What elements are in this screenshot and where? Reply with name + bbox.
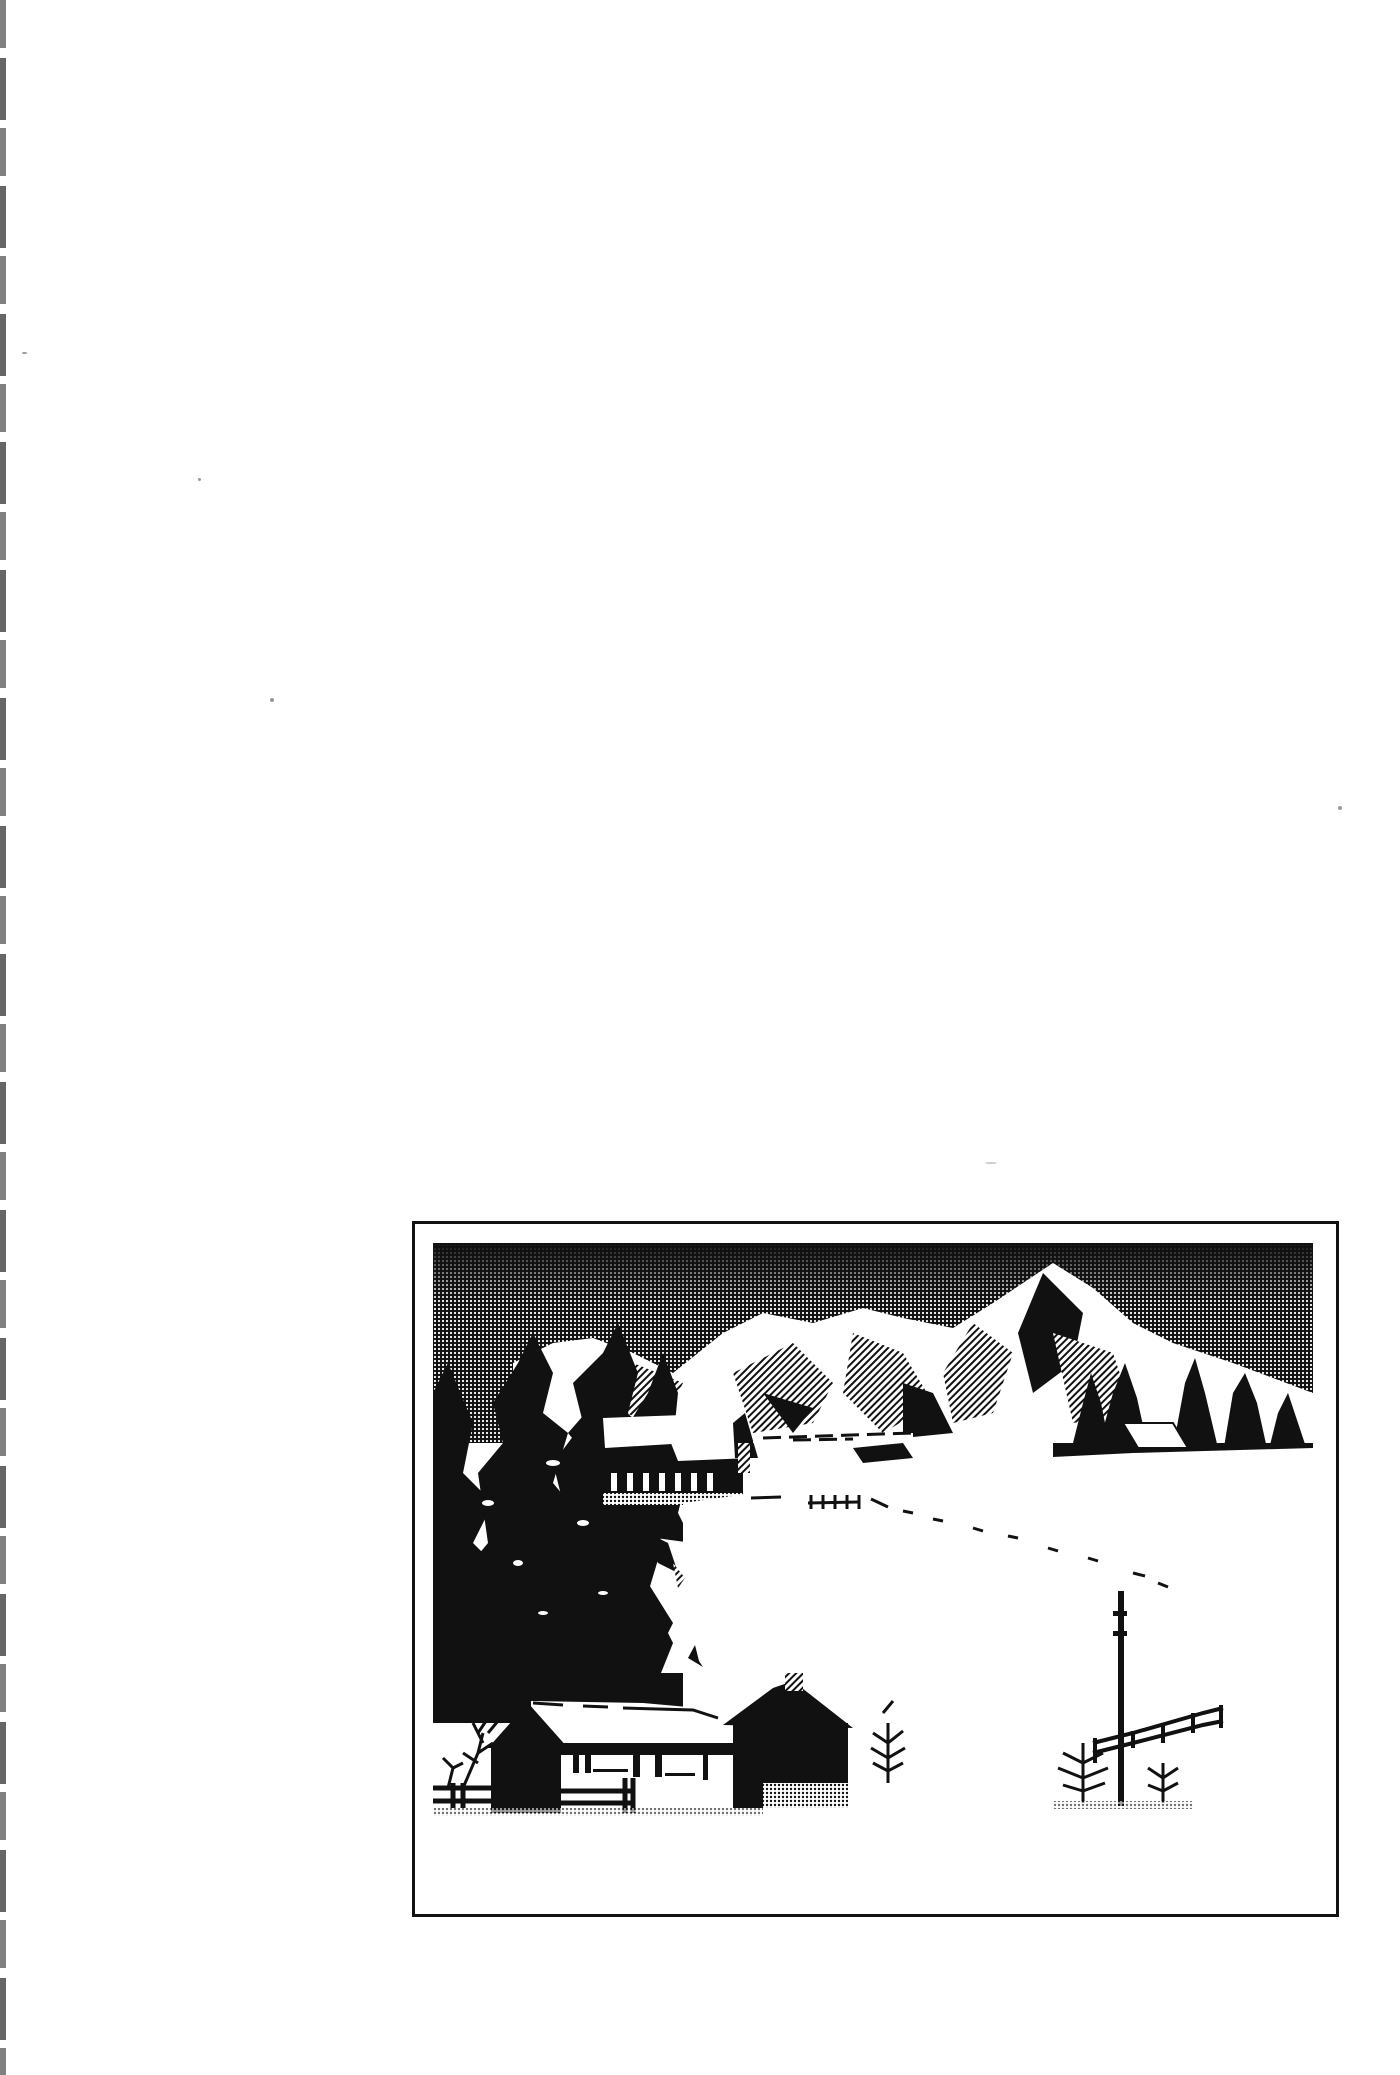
scan-speck <box>198 478 201 481</box>
illustration-caption <box>640 1880 880 1894</box>
winter-village-illustration <box>433 1243 1313 1818</box>
left-shrub <box>443 1718 498 1788</box>
scan-speck <box>22 352 27 354</box>
scan-speck <box>1338 806 1342 810</box>
scan-speck <box>985 1162 997 1164</box>
scanned-page <box>0 0 1400 2075</box>
page-binding-edge <box>0 0 6 2075</box>
scan-speck <box>270 698 274 702</box>
